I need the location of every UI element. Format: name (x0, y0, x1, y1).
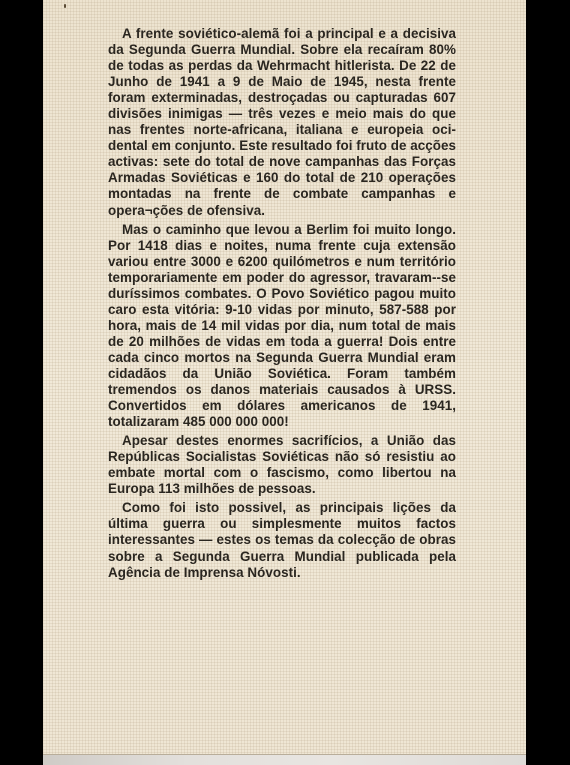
book-back-cover: A frente soviético-alemã foi a principal… (43, 0, 526, 765)
paper-speck (64, 4, 66, 8)
page-bottom-edge (43, 754, 526, 765)
paragraph-3: Apesar destes enormes sacrifícios, a Uni… (108, 433, 456, 497)
paragraph-1: A frente soviético-alemã foi a principal… (108, 26, 456, 219)
paragraph-2: Mas o caminho que levou a Berlim foi mui… (108, 222, 456, 431)
cover-text: A frente soviético-alemã foi a principal… (108, 26, 456, 584)
paragraph-4: Como foi isto possivel, as principais li… (108, 500, 456, 580)
